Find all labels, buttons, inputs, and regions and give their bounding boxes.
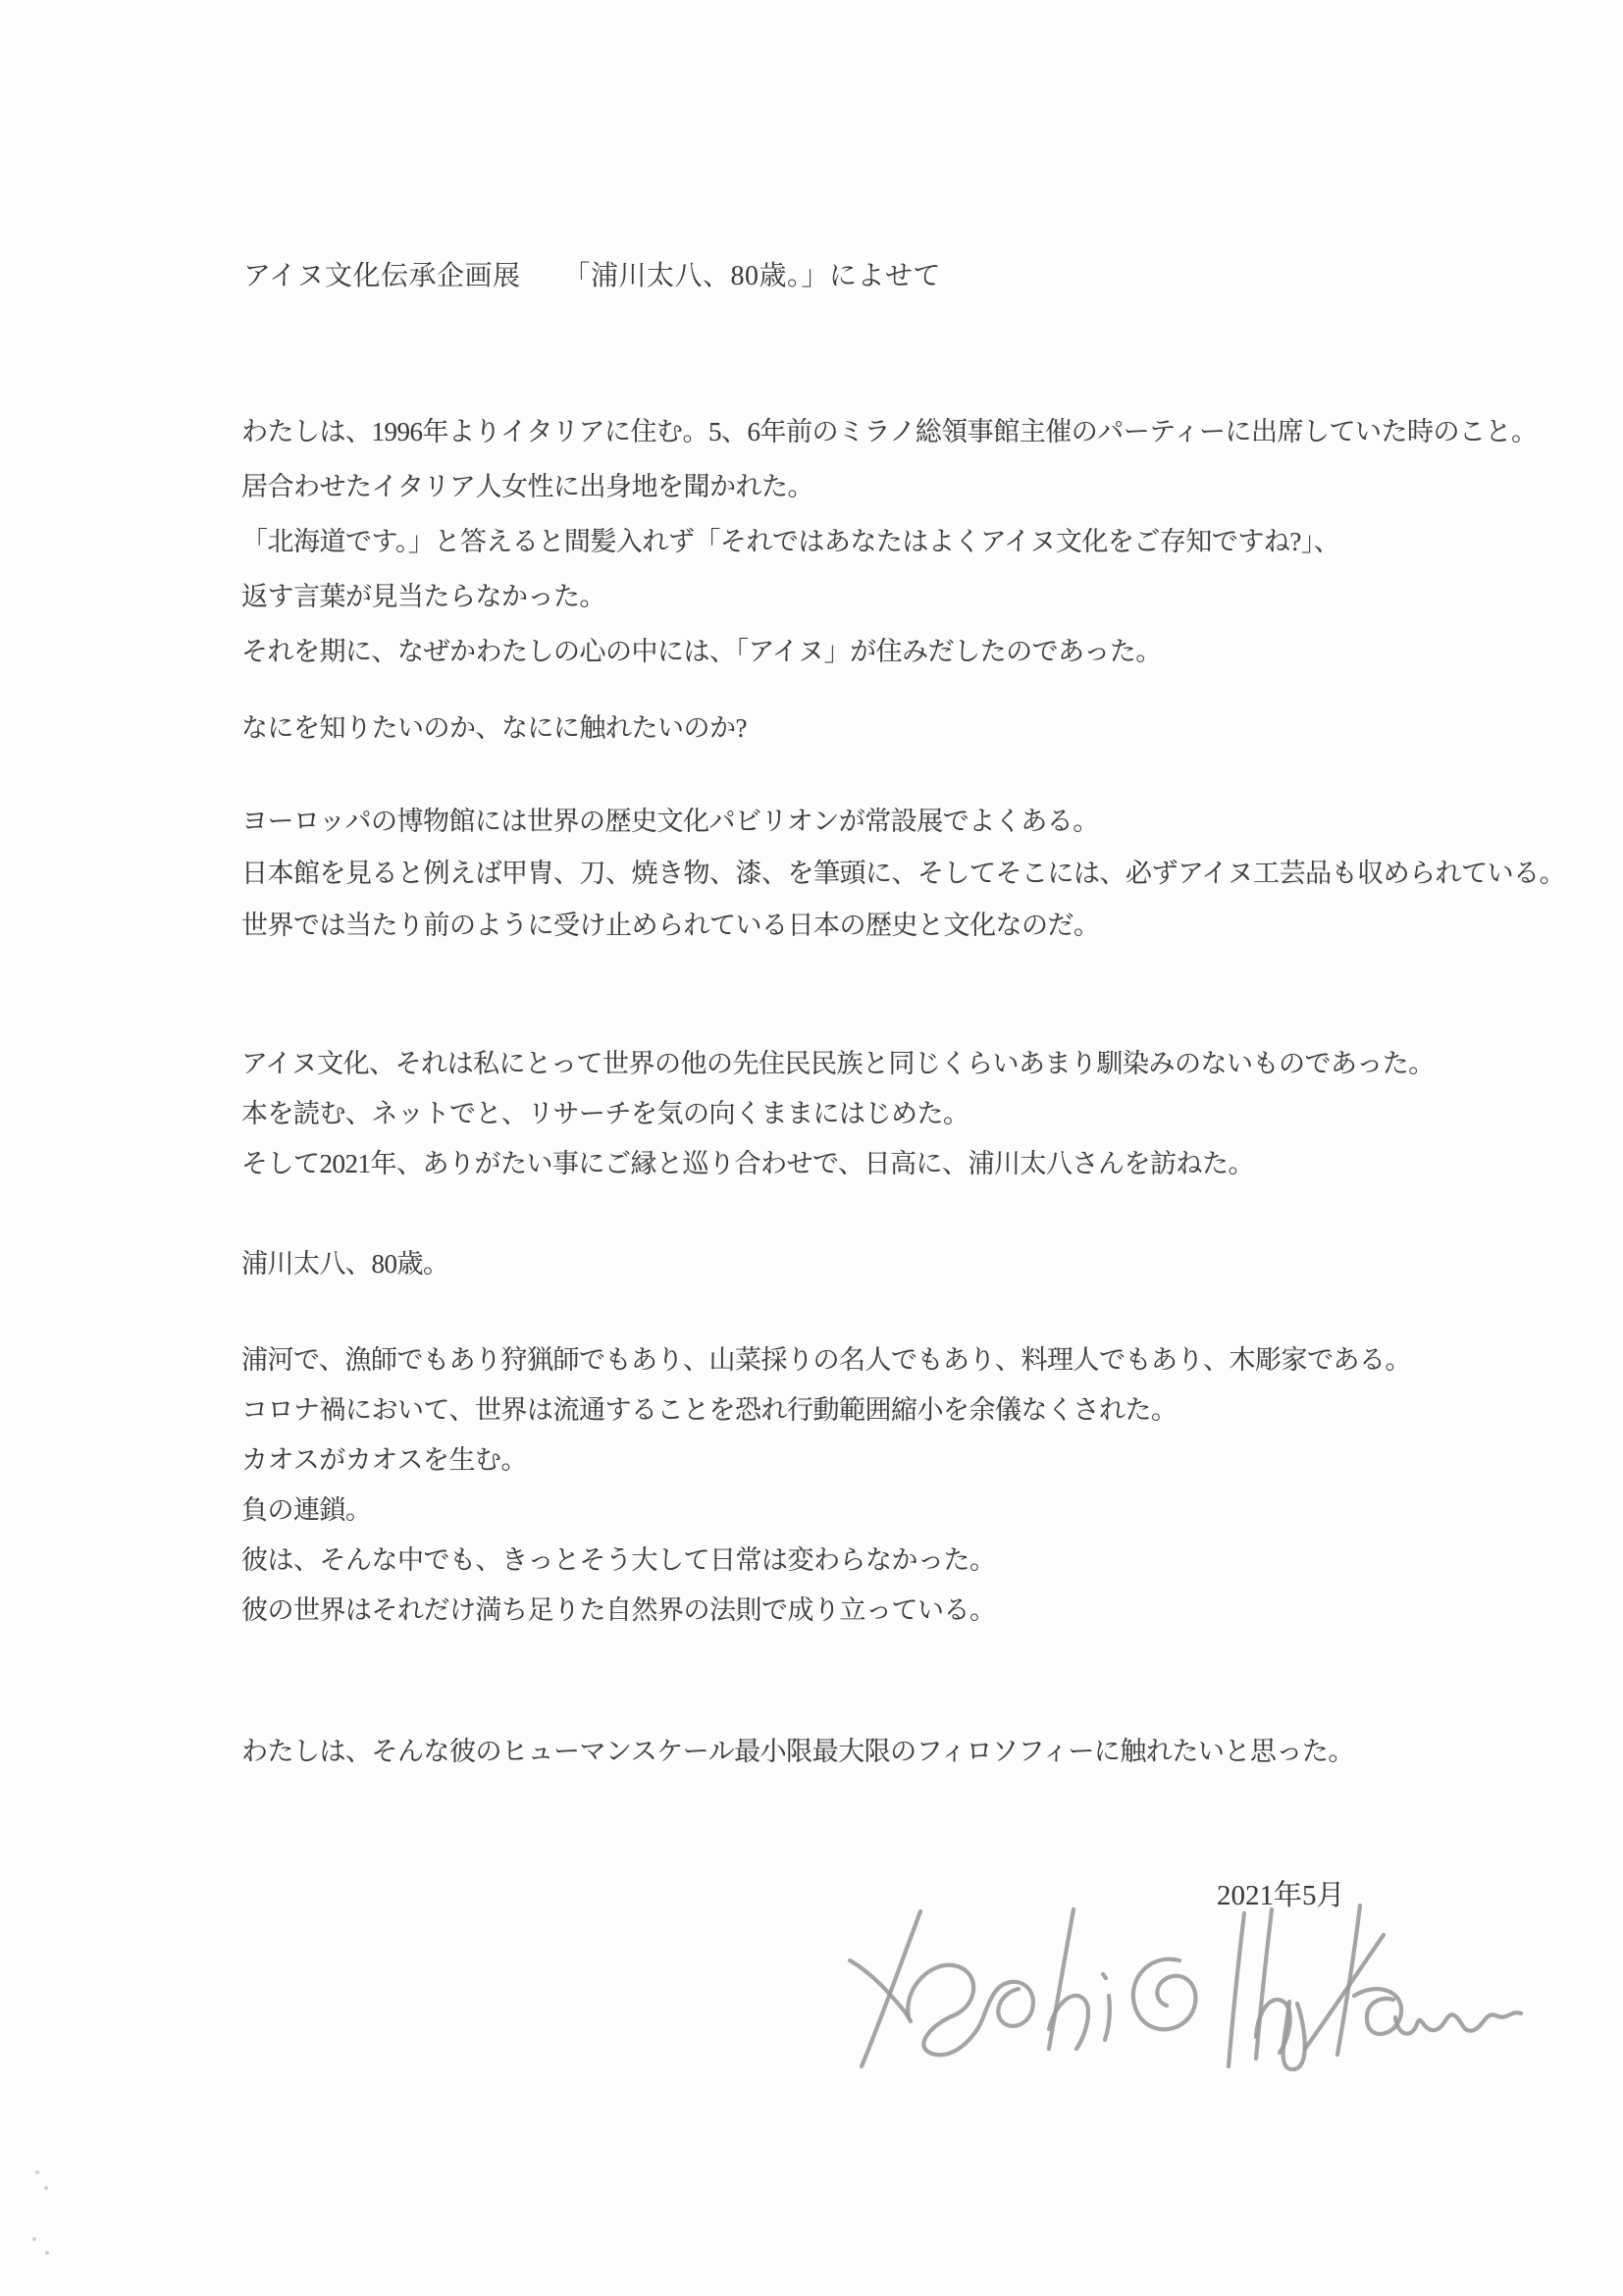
scan-artifact-dot [35,2170,39,2174]
document-title: アイヌ文化伝承企画展 「浦川太八、80歳。」によせて [243,261,941,292]
text-line: 世界では当たり前のように受け止められている日本の歴史と文化なのだ。 [241,900,1564,952]
paragraph-italy-story: わたしは、1996年よりイタリアに住む。5、6年前のミラノ総領事館主催のパーティ… [241,404,1564,679]
text-line: わたしは、1996年よりイタリアに住む。5、6年前のミラノ総領事館主催のパーティ… [241,404,1564,459]
scan-artifact-dot [44,2186,48,2190]
text-line: カオスがカオスを生む。 [241,1435,1564,1486]
text-line: 居合わせたイタリア人女性に出身地を聞かれた。 [241,459,1564,514]
text-line: 返す言葉が見当たらなかった。 [241,569,1564,624]
text-line: コロナ禍において、世界は流通することを恐れ行動範囲縮小を余儀なくされた。 [241,1385,1564,1435]
scan-artifact-dot [45,2251,49,2255]
paragraph-museums: ヨーロッパの博物館には世界の歴史文化パビリオンが常設展でよくある。 日本館を見る… [241,796,1564,952]
text-line: 浦川太八、80歳。 [241,1236,1564,1291]
text-line: なにを知りたいのか、なにに触れたいのか? [241,701,1564,756]
text-line: わたしは、そんな彼のヒューマンスケール最小限最大限のフィロソフィーに触れたいと思… [241,1724,1564,1779]
paragraph-closing: わたしは、そんな彼のヒューマンスケール最小限最大限のフィロソフィーに触れたいと思… [241,1724,1564,1779]
paragraph-urakawa-life: 浦河で、漁師でもあり狩猟師でもあり、山菜採りの名人でもあり、料理人でもあり、木彫… [241,1335,1564,1636]
text-line: 彼は、そんな中でも、きっとそう大して日常は変わらなかった。 [241,1536,1564,1586]
text-line: 日本館を見ると例えば甲冑、刀、焼き物、漆、を筆頭に、そしてそこには、必ずアイヌ工… [241,848,1564,900]
text-line: そして2021年、ありがたい事にご縁と巡り合わせで、日高に、浦川太八さんを訪ねた… [241,1139,1564,1189]
text-line: 浦河で、漁師でもあり狩猟師でもあり、山菜採りの名人でもあり、料理人でもあり、木彫… [241,1335,1564,1385]
paragraph-question: なにを知りたいのか、なにに触れたいのか? [241,701,1564,756]
text-line: 負の連鎖。 [241,1486,1564,1536]
text-line: それを期に、なぜかわたしの心の中には、「アイヌ」が住みだしたのであった。 [241,624,1564,679]
scan-artifact-dot [32,2237,36,2241]
text-line: 「北海道です。」と答えると間髪入れず「それではあなたはよくアイヌ文化をご存知です… [241,514,1564,569]
text-line: 本を読む、ネットでと、リサーチを気の向くままにはじめた。 [241,1089,1564,1139]
paragraph-research: アイヌ文化、それは私にとって世界の他の先住民民族と同じくらいあまり馴染みのないも… [241,1039,1564,1189]
text-line: アイヌ文化、それは私にとって世界の他の先住民民族と同じくらいあまり馴染みのないも… [241,1039,1564,1089]
text-line: 彼の世界はそれだけ満ち足りた自然界の法則で成り立っている。 [241,1586,1564,1636]
scanned-letter-page: アイヌ文化伝承企画展 「浦川太八、80歳。」によせて わたしは、1996年よりイ… [0,0,1623,2296]
paragraph-name-age: 浦川太八、80歳。 [241,1236,1564,1291]
handwritten-signature [842,1900,1524,2081]
text-line: ヨーロッパの博物館には世界の歴史文化パビリオンが常設展でよくある。 [241,796,1564,848]
